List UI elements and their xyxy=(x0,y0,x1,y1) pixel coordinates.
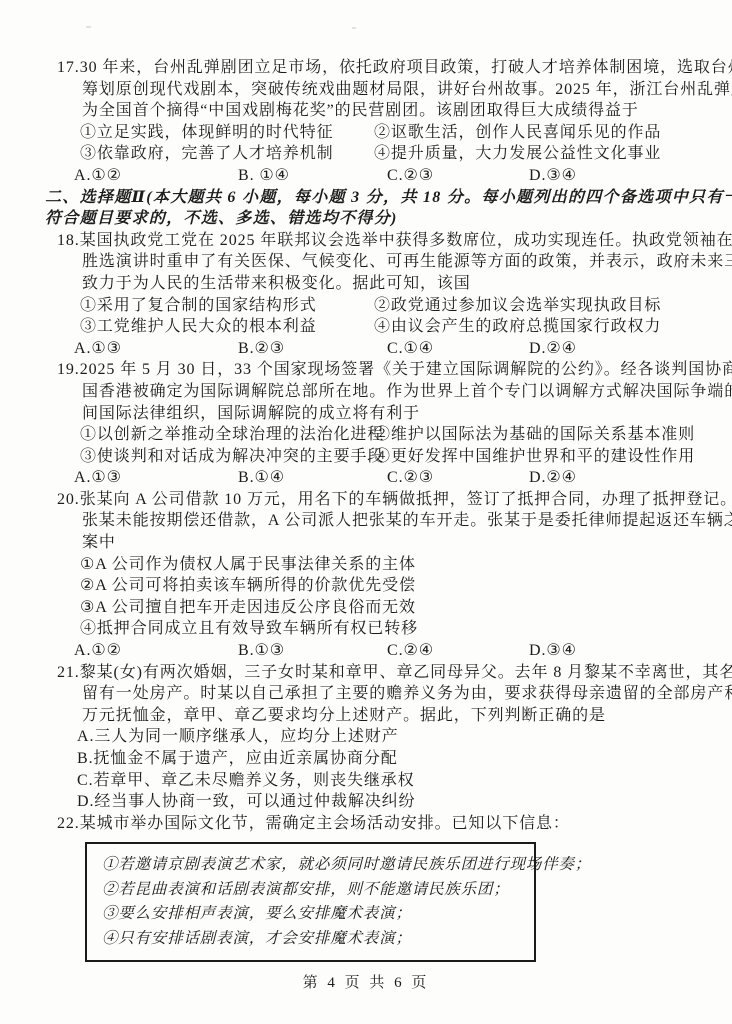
q17-stem-line-1: 17.30 年来，台州乱弹剧团立足市场，依托政府项目政策，打破人才培养体制困境，… xyxy=(57,57,692,79)
q18-answer-c: C.①④ xyxy=(387,338,434,360)
q19-stem-line-3: 间国际法律组织，国际调解院的成立将有利于 xyxy=(57,403,692,425)
q17-answer-c: C.②③ xyxy=(387,165,434,187)
q18-stem-line-3: 致力于为人民的生活带来积极变化。据此可知，该国 xyxy=(57,273,692,295)
q20-stem-line-3: 案中 xyxy=(57,532,692,554)
q20-stem-line-1: 20.张某向 A 公司借款 10 万元，用名下的车辆做抵押，签订了抵押合同，办理… xyxy=(57,489,692,511)
q19-answer-row: A.①③ B.①④ C.②③ D.②④ xyxy=(57,467,692,489)
question-17: 17.30 年来，台州乱弹剧团立足市场，依托政府项目政策，打破人才培养体制困境，… xyxy=(57,57,692,187)
q21-option-a: A.三人为同一顺序继承人，应均分上述财产 xyxy=(57,726,692,748)
q18-stem-line-2: 胜选演讲时重申了有关医保、气候变化、可再生能源等方面的政策，并表示，政府未来三年… xyxy=(57,251,692,273)
q20-option-4: ④抵押合同成立且有效导致车辆所有权已转移 xyxy=(57,618,692,640)
q18-options-row-2: ③工党维护人民大众的根本利益 ④由议会产生的政府总揽国家行政权力 xyxy=(57,316,692,338)
question-22: 22.某城市举办国际文化节，需确定主会场活动安排。已知以下信息： ①若邀请京剧表… xyxy=(57,813,692,963)
q20-answer-c: C.②④ xyxy=(387,640,434,662)
q19-stem-line-2: 国香港被确定为国际调解院总部所在地。作为世界上首个专门以调解方式解决国际争端的政… xyxy=(57,381,692,403)
q20-option-3: ③A 公司擅自把车开走因违反公序良俗而无效 xyxy=(57,597,692,619)
q20-answer-a: A.①② xyxy=(74,640,122,662)
q19-option-2: ②维护以国际法为基础的国际关系基本准则 xyxy=(374,424,695,446)
q22-info-item-2: ②若昆曲表演和话剧表演都安排，则不能邀请民族乐团； xyxy=(102,878,528,903)
q17-option-4: ④提升质量，大力发展公益性文化事业 xyxy=(374,143,661,165)
q19-options-row-1: ①以创新之举推动全球治理的法治化进程 ②维护以国际法为基础的国际关系基本准则 xyxy=(57,424,692,446)
q20-option-2: ②A 公司可将拍卖该车辆所得的价款优先受偿 xyxy=(57,575,692,597)
question-20: 20.张某向 A 公司借款 10 万元，用名下的车辆做抵押，签订了抵押合同，办理… xyxy=(57,489,692,662)
q19-answer-b: B.①④ xyxy=(238,467,285,489)
q17-answer-row: A.①② B. ①④ C.②③ D.③④ xyxy=(57,165,692,187)
q19-answer-d: D.②④ xyxy=(529,467,577,489)
section-2-heading: 二、选择题Ⅱ(本大题共 6 小题，每小题 3 分，共 18 分。每小题列出的四个… xyxy=(57,187,692,230)
q22-info-item-4: ④只有安排话剧表演，才会安排魔术表演； xyxy=(102,927,528,952)
q18-option-4: ④由议会产生的政府总揽国家行政权力 xyxy=(374,316,661,338)
q22-info-item-1: ①若邀请京剧表演艺术家，就必须同时邀请民族乐团进行现场伴奏； xyxy=(102,853,528,878)
section-2-heading-line-1: 二、选择题Ⅱ(本大题共 6 小题，每小题 3 分，共 18 分。每小题列出的四个… xyxy=(45,187,692,209)
q17-option-1: ①立足实践，体现鲜明的时代特征 xyxy=(80,124,334,141)
question-18: 18.某国执政党工党在 2025 年联邦议会选举中获得多数席位，成功实现连任。执… xyxy=(57,230,692,360)
q18-answer-row: A.①③ B.②③ C.①④ D.②④ xyxy=(57,338,692,360)
q17-stem-line-3: 为全国首个摘得“中国戏剧梅花奖”的民营剧团。该剧团取得巨大成绩得益于 xyxy=(57,100,692,122)
q18-answer-b: B.②③ xyxy=(238,338,285,360)
q17-answer-a: A.①② xyxy=(74,165,122,187)
q20-answer-b: B.①③ xyxy=(238,640,285,662)
q22-info-item-3: ③要么安排相声表演，要么安排魔术表演； xyxy=(102,902,528,927)
q19-answer-c: C.②③ xyxy=(387,467,434,489)
q20-stem-line-2: 张某未能按期偿还借款，A 公司派人把张某的车开走。张某于是委托律师提起返还车辆之… xyxy=(57,510,692,532)
q18-option-1: ①采用了复合制的国家结构形式 xyxy=(80,297,317,314)
q19-stem-line-1: 19.2025 年 5 月 30 日，33 个国家现场签署《关于建立国际调解院的… xyxy=(57,359,692,381)
q21-option-d: D.经当事人协商一致，可以通过仲裁解决纠纷 xyxy=(57,791,692,813)
q17-answer-b: B. ①④ xyxy=(238,165,290,187)
q17-option-2: ②讴歌生活，创作人民喜闻乐见的作品 xyxy=(374,122,661,144)
question-19: 19.2025 年 5 月 30 日，33 个国家现场签署《关于建立国际调解院的… xyxy=(57,359,692,489)
q19-answer-a: A.①③ xyxy=(74,467,122,489)
q17-option-3: ③依靠政府，完善了人才培养机制 xyxy=(80,145,334,162)
exam-page: 17.30 年来，台州乱弹剧团立足市场，依托政府项目政策，打破人才培养体制困境，… xyxy=(0,0,732,1024)
q21-stem-line-3: 万元抚恤金，章甲、章乙要求均分上述财产。据此，下列判断正确的是 xyxy=(57,705,692,727)
section-2-heading-line-2: 符合题目要求的，不选、多选、错选均不得分) xyxy=(45,208,692,230)
q21-option-c: C.若章甲、章乙未尽赡养义务，则丧失继承权 xyxy=(57,770,692,792)
q20-answer-d: D.③④ xyxy=(529,640,577,662)
q17-options-row-1: ①立足实践，体现鲜明的时代特征 ②讴歌生活，创作人民喜闻乐见的作品 xyxy=(57,122,692,144)
q21-stem-line-1: 21.黎某(女)有两次婚姻，三子女时某和章甲、章乙同母异父。去年 8 月黎某不幸… xyxy=(57,662,692,684)
q17-options-row-2: ③依靠政府，完善了人才培养机制 ④提升质量，大力发展公益性文化事业 xyxy=(57,143,692,165)
q17-stem-line-2: 筹划原创现代戏剧本，突破传统戏曲题材局限，讲好台州故事。2025 年，浙江台州乱… xyxy=(57,79,692,101)
q22-info-box: ①若邀请京剧表演艺术家，就必须同时邀请民族乐团进行现场伴奏； ②若昆曲表演和话剧… xyxy=(85,842,536,962)
q19-option-3: ③使谈判和对话成为解决冲突的主要手段 xyxy=(80,448,384,465)
q20-answer-row: A.①② B.①③ C.②④ D.③④ xyxy=(57,640,692,662)
q17-answer-d: D.③④ xyxy=(529,165,577,187)
q21-option-b: B.抚恤金不属于遗产，应由近亲属协商分配 xyxy=(57,748,692,770)
q18-answer-d: D.②④ xyxy=(529,338,577,360)
q19-option-1: ①以创新之举推动全球治理的法治化进程 xyxy=(80,426,384,443)
q19-options-row-2: ③使谈判和对话成为解决冲突的主要手段 ④更好发挥中国维护世界和平的建设性作用 xyxy=(57,446,692,468)
q19-option-4: ④更好发挥中国维护世界和平的建设性作用 xyxy=(374,446,695,468)
q20-option-1: ①A 公司作为债权人属于民事法律关系的主体 xyxy=(57,554,692,576)
q18-options-row-1: ①采用了复合制的国家结构形式 ②政党通过参加议会选举实现执政目标 xyxy=(57,295,692,317)
q18-answer-a: A.①③ xyxy=(74,338,122,360)
q18-option-2: ②政党通过参加议会选举实现执政目标 xyxy=(374,295,661,317)
q22-stem-line-1: 22.某城市举办国际文化节，需确定主会场活动安排。已知以下信息： xyxy=(57,813,692,835)
q18-option-3: ③工党维护人民大众的根本利益 xyxy=(80,318,317,335)
page-content: 17.30 年来，台州乱弹剧团立足市场，依托政府项目政策，打破人才培养体制困境，… xyxy=(57,57,692,992)
q18-stem-line-1: 18.某国执政党工党在 2025 年联邦议会选举中获得多数席位，成功实现连任。执… xyxy=(57,230,692,252)
question-21: 21.黎某(女)有两次婚姻，三子女时某和章甲、章乙同母异父。去年 8 月黎某不幸… xyxy=(57,662,692,813)
q21-stem-line-2: 留有一处房产。时某以自己承担了主要的赡养义务为由，要求获得母亲遗留的全部房产和 … xyxy=(57,683,692,705)
page-number-footer: 第 4 页 共 6 页 xyxy=(0,971,732,992)
